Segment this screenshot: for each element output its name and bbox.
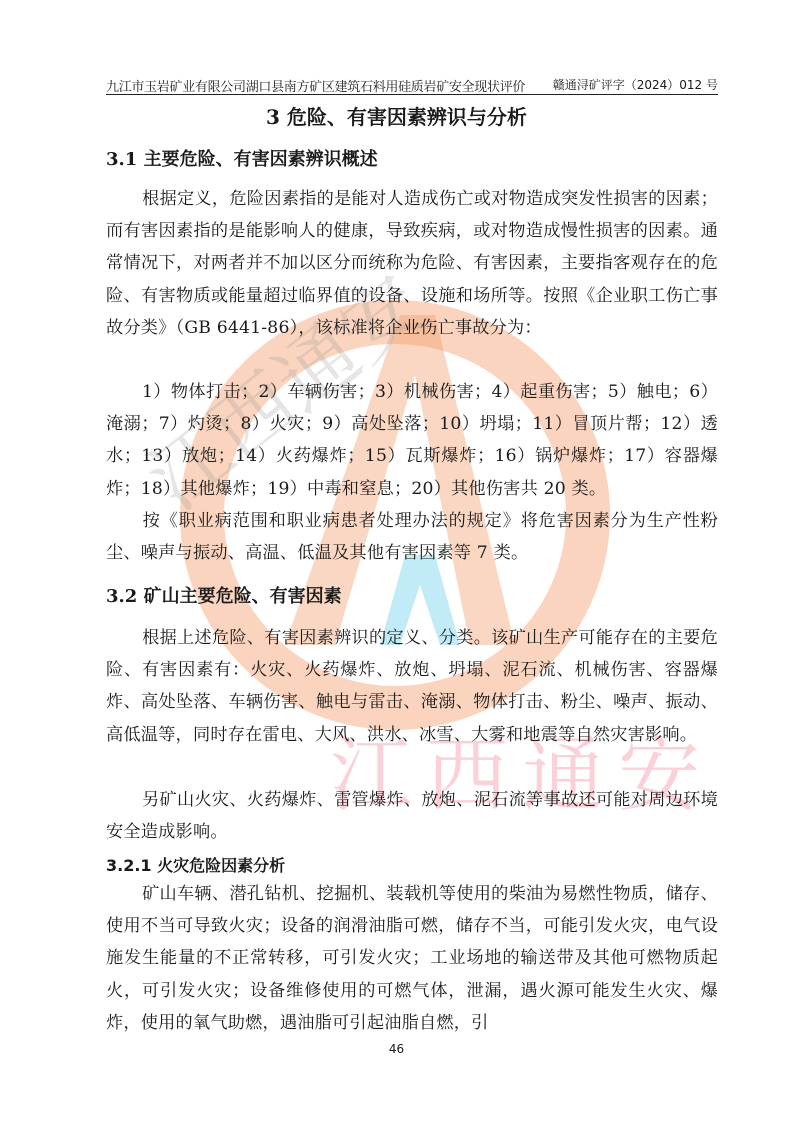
section-3-1-heading: 3.1 主要危险、有害因素辨识概述 xyxy=(106,145,378,171)
section-3-2-1-heading: 3.2.1 火灾危险因素分析 xyxy=(106,853,285,876)
section-3-2-heading: 3.2 矿山主要危险、有害因素 xyxy=(106,582,342,608)
running-header: 九江市玉岩矿业有限公司湖口县南方矿区建筑石料用硅质岩矿安全现状评价 赣通浔矿评字… xyxy=(106,76,718,95)
header-report-title: 九江市玉岩矿业有限公司湖口县南方矿区建筑石料用硅质岩矿安全现状评价 xyxy=(106,76,525,95)
document-page: 江西通安 江西通安 九江市玉岩矿业有限公司湖口县南方矿区建筑石料用硅质岩矿安全现… xyxy=(0,0,793,1122)
chapter-title: 3 危险、有害因素辨识与分析 xyxy=(0,101,793,130)
page-number: 46 xyxy=(0,1042,793,1056)
section-3-1-paragraph-1: 根据定义，危险因素指的是能对人造成伤亡或对物造成突发性损害的因素；而有害因素指的… xyxy=(106,183,718,344)
section-3-1-paragraph-3: 按《职业病范围和职业病患者处理办法的规定》将危害因素分为生产性粉尘、噪声与振动、… xyxy=(106,505,718,569)
section-3-2-1-paragraph-1: 矿山车辆、潜孔钻机、挖掘机、装载机等使用的柴油为易燃性物质，储存、使用不当可导致… xyxy=(106,878,718,1039)
header-report-number: 赣通浔矿评字（2024）012 号 xyxy=(553,76,718,93)
section-3-2-paragraph-2: 另矿山火灾、火药爆炸、雷管爆炸、放炮、泥石流等事故还可能对周边环境安全造成影响。 xyxy=(106,784,718,848)
section-3-1-accident-list: 1）物体打击；2）车辆伤害；3）机械伤害；4）起重伤害；5）触电；6）淹溺；7）… xyxy=(106,376,718,505)
section-3-2-paragraph-1: 根据上述危险、有害因素辨识的定义、分类。该矿山生产可能存在的主要危险、有害因素有… xyxy=(106,622,718,751)
